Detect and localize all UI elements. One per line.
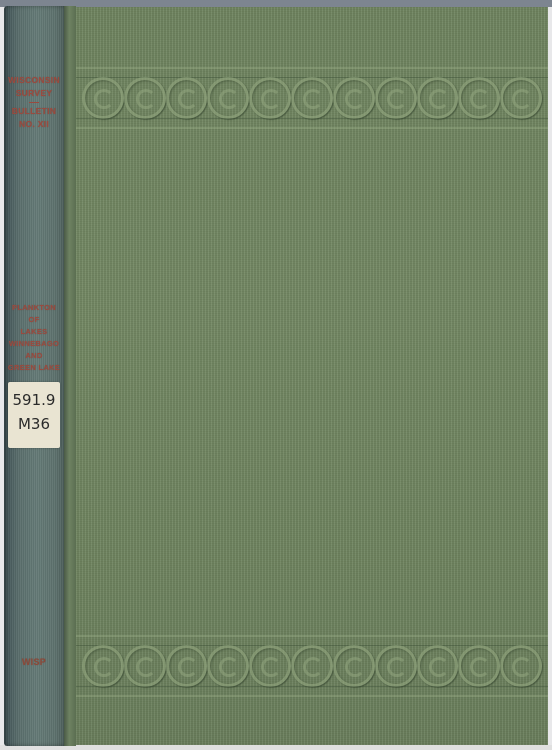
scroll-ornament-icon [82,77,124,119]
spine-line: WINNEBAGO [4,338,64,350]
background-edge-bottom [0,745,552,750]
scroll-ornament-icon [124,645,166,687]
scroll-ornament-icon [166,645,208,687]
scroll-ornament-icon [124,77,166,119]
spine-line: BULLETIN [4,105,64,118]
scroll-ornament-icon [249,645,291,687]
call-number-line: 591.9 [8,388,60,412]
book-spine: WISCONSIN SURVEY BULLETIN NO. XII PLANKT… [4,6,64,746]
spine-line: PLANKTON [4,302,64,314]
spine-rule [29,102,39,103]
top-ornament-band [76,67,548,129]
scroll-ornament-icon [291,77,333,119]
spine-line: AND [4,350,64,362]
scroll-ornament-icon [375,77,417,119]
scroll-ornament-icon [82,645,124,687]
scroll-ornament-icon [207,645,249,687]
spine-line: OF [4,314,64,326]
scroll-ornament-icon [417,77,459,119]
spine-line: GREEN LAKE [4,362,64,374]
scroll-ornament-icon [207,77,249,119]
call-number-label: 591.9 M36 [8,382,60,448]
scroll-ornament-icon [375,645,417,687]
bottom-ornament-band [76,635,548,697]
scroll-ornament-icon [291,645,333,687]
spine-title-text: PLANKTON OF LAKES WINNEBAGO AND GREEN LA… [4,302,64,374]
spine-line: NO. XII [4,118,64,131]
scroll-ornament-icon [417,645,459,687]
spine-line: WISCONSIN [4,74,64,87]
spine-line: LAKES [4,326,64,338]
spine-series-text: WISCONSIN SURVEY BULLETIN NO. XII [4,74,64,131]
scroll-ornament-icon [333,645,375,687]
scroll-ornament-icon [458,77,500,119]
spine-line: SURVEY [4,87,64,100]
library-stamp: WISP [4,656,64,669]
scroll-ornament-icon [166,77,208,119]
scroll-ornament-icon [458,645,500,687]
scroll-ornament-icon [500,77,542,119]
scroll-ornament-icon [333,77,375,119]
spine-hinge [64,6,76,746]
scroll-ornament-icon [500,645,542,687]
scroll-ornament-icon [249,77,291,119]
background-edge [0,0,552,7]
front-cover [76,7,548,745]
call-number-line: M36 [8,412,60,436]
